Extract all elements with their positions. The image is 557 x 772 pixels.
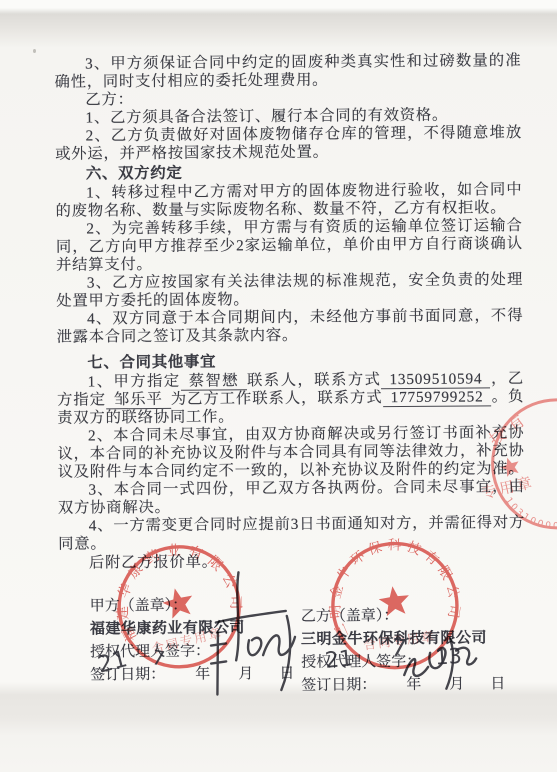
section-heading-six: 六、双方约定	[55, 162, 522, 184]
contract-clause-contacts: 1、甲方指定蔡智懋联系人，联系方式13509510594，乙方指定邹乐平为乙方工…	[57, 370, 524, 428]
svg-text:10310000: 10310000	[503, 496, 557, 533]
seal-star-icon	[160, 585, 196, 620]
party-a-contact-phone: 13509510594	[381, 370, 490, 389]
contract-clause: 2、本合同未尽事宜，由双方协商解决或另行签订书面补充协议，本合同的补充协议及附件…	[57, 424, 524, 482]
contract-clause: 1、转移过程中乙方需对甲方的固体废物进行验收，如合同中的废物名称、数量与实际废物…	[55, 181, 522, 221]
contract-clause: 4、双方同意于本合同期间内，未经他方事前书面同意，不得泄露本合同之签订及其条款内…	[56, 307, 523, 347]
clause-text: 联系人，联系方式	[247, 371, 381, 389]
party-b-company-seal: 三明金牛环保科技有限公司 合同专用章	[308, 519, 482, 698]
seal-fragment-digits: 10310000	[503, 496, 557, 533]
contract-clause: 2、乙方负责做好对固体废物储存仓库的管理，不得随意堆放或外运，并严格按国家技术规…	[55, 124, 522, 164]
seal-fragment-top: 技有	[486, 408, 534, 450]
seal-arc-text: 福建华康药业有限公司	[100, 529, 247, 645]
seal-center-text: 合同专用章	[150, 625, 224, 656]
unit-day: 日	[490, 676, 505, 692]
clause-text: 为乙方工作联系人，联系方式	[171, 389, 383, 408]
seal-star-icon	[377, 584, 411, 617]
contract-clause: 2、为完善转移手续，甲方需与有资质的运输单位签订运输合同，乙方向甲方推荐至少2家…	[56, 217, 523, 275]
seal-center-text: 合同专用章	[363, 628, 437, 652]
contract-body: 3、甲方须保证合同中约定的固废种类真实性和过磅数量的准确性，同时支付相应的委托处…	[54, 52, 525, 572]
unit-day: 日	[279, 666, 294, 682]
contract-clause: 3、乙方应按国家有关法律法规的标准规范，安全负责的处理处置甲方委托的固体废物。	[56, 271, 523, 311]
svg-text:福建华康药业有限公司: 福建华康药业有限公司	[100, 529, 247, 645]
party-a-contact-name: 蔡智懋	[181, 372, 248, 391]
edge-crossing-seal: 技有 专用章 10310000	[474, 389, 557, 555]
contract-sheet: 3、甲方须保证合同中约定的固废种类真实性和过磅数量的准确性，同时支付相应的委托处…	[0, 0, 557, 772]
contract-clause: 3、甲方须保证合同中约定的固废种类真实性和过磅数量的准确性，同时支付相应的委托处…	[54, 52, 521, 92]
section-heading-seven: 七、合同其他事宜	[57, 351, 524, 373]
seal-star-icon	[498, 455, 522, 478]
party-b-contact-name: 邹乐平	[106, 391, 171, 410]
contract-clause: 3、本合同一式四份，甲乙双方各执两份。合同未尽事宜，由双方协商解决。	[58, 478, 525, 518]
scanned-page: 3、甲方须保证合同中约定的固废种类真实性和过磅数量的准确性，同时支付相应的委托处…	[0, 0, 557, 772]
svg-text:三明金牛环保科技有限公司: 三明金牛环保科技有限公司	[319, 528, 465, 641]
clause-text: 1、甲方指定	[87, 372, 180, 390]
seal-fragment-middle: 专用章	[480, 473, 537, 502]
seal-arc-text: 三明金牛环保科技有限公司	[319, 528, 465, 641]
